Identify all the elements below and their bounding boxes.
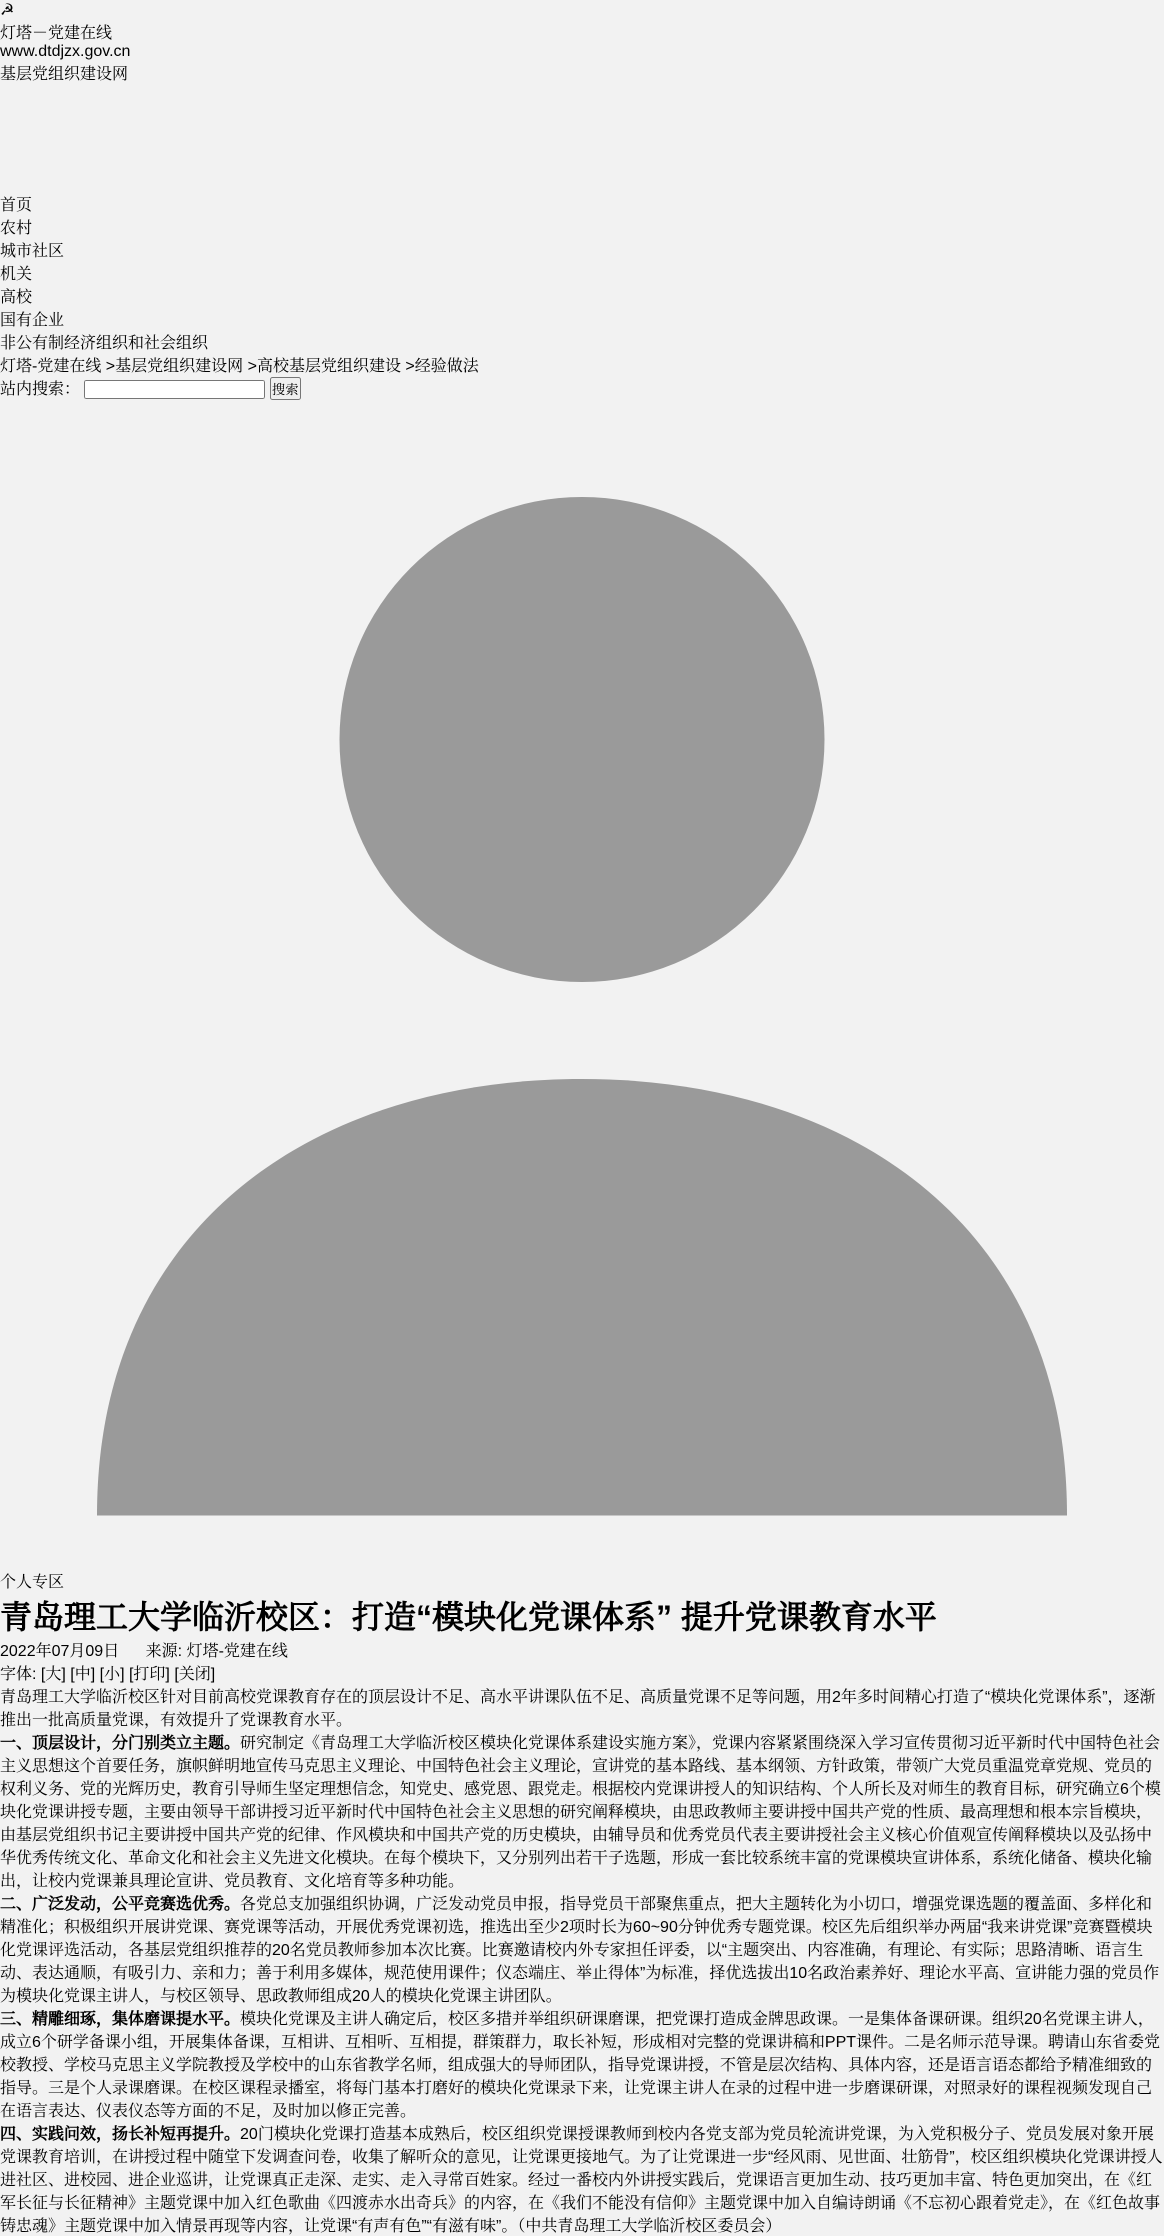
search-label: 站内搜索：	[0, 381, 80, 398]
print-button[interactable]: [打印]	[129, 1666, 170, 1683]
nav-item-urban-community[interactable]: 城市社区	[0, 238, 1164, 261]
personal-zone-link[interactable]: 个人专区	[0, 1574, 64, 1591]
paragraph-lead: 二、广泛发动，公平竞赛选优秀。	[0, 1896, 240, 1913]
search-input[interactable]	[84, 380, 265, 399]
source-label: 来源:	[146, 1643, 182, 1660]
site-name-dash: －	[32, 25, 48, 42]
breadcrumb-search-row: 灯塔-党建在线 >基层党组织建设网 >高校基层党组织建设 >经验做法 站内搜索：…	[0, 353, 1164, 1592]
nav-item-rural[interactable]: 农村	[0, 215, 1164, 238]
nav-item-home[interactable]: 首页	[0, 192, 1164, 215]
paragraph-lead: 四、实践问效，扬长补短再提升。	[0, 2126, 240, 2143]
content-wrapper: 灯塔-党建在线 >基层党组织建设网 >高校基层党组织建设 >经验做法 站内搜索：…	[0, 353, 1164, 2236]
paragraph: 四、实践问效，扬长补短再提升。20门模块化党课打造基本成熟后，校区组织党课授课教…	[0, 2121, 1164, 2236]
site-url: www.dtdjzx.gov.cn	[0, 43, 1164, 61]
breadcrumb-separator: >	[248, 358, 257, 375]
site-banner: ☭ 灯塔－党建在线 www.dtdjzx.gov.cn 基层党组织建设网	[0, 0, 1164, 192]
breadcrumb-item-experience[interactable]: 经验做法	[415, 358, 479, 375]
site-logo-title[interactable]: 灯塔－党建在线	[0, 20, 1164, 43]
breadcrumb-item-network[interactable]: 基层党组织建设网	[115, 358, 243, 375]
source-link[interactable]: 灯塔-党建在线	[187, 1643, 288, 1660]
paragraph: 三、精雕细琢，集体磨课提水平。模块化党课及主讲人确定后，校区多措并举组织研课磨课…	[0, 2006, 1164, 2121]
font-medium-button[interactable]: [中]	[70, 1666, 95, 1683]
paragraph: 一、顶层设计，分门别类立主题。研究制定《青岛理工大学临沂校区模块化党课体系建设实…	[0, 1730, 1164, 1891]
nav-item-organs[interactable]: 机关	[0, 261, 1164, 284]
font-small-button[interactable]: [小]	[100, 1666, 125, 1683]
site-search: 站内搜索： 搜索 个人专区	[0, 376, 1164, 1592]
font-size-label: 字体:	[0, 1666, 36, 1683]
site-subtitle: 党建在线	[48, 25, 112, 42]
paragraph-text: 青岛理工大学临沂校区针对目前高校党课教育存在的顶层设计不足、高水平讲课队伍不足、…	[0, 1689, 1156, 1729]
breadcrumb-item-university-party[interactable]: 高校基层党组织建设	[257, 358, 401, 375]
user-icon	[0, 400, 1164, 1564]
paragraph-lead: 三、精雕细琢，集体磨课提水平。	[0, 2011, 240, 2028]
main-nav: 首页 农村 城市社区 机关 高校 国有企业 非公有制经济组织和社会组织	[0, 192, 1164, 353]
article-date: 2022年07月09日	[0, 1643, 119, 1660]
content-box: 灯塔-党建在线 >基层党组织建设网 >高校基层党组织建设 >经验做法 站内搜索：…	[0, 353, 1164, 2236]
page: ☭ 灯塔－党建在线 www.dtdjzx.gov.cn 基层党组织建设网 首页 …	[0, 0, 1164, 2236]
nav-item-universities[interactable]: 高校	[0, 284, 1164, 307]
nav-item-state-owned-enterprises[interactable]: 国有企业	[0, 307, 1164, 330]
article-tools: 字体: [大] [中] [小] [打印] [关闭]	[0, 1661, 1164, 1684]
article-title: 青岛理工大学临沂校区：打造“模块化党课体系” 提升党课教育水平	[0, 1592, 1164, 1638]
breadcrumb-separator: >	[405, 358, 414, 375]
search-button[interactable]: 搜索	[270, 377, 301, 400]
article-body: 青岛理工大学临沂校区针对目前高校党课教育存在的顶层设计不足、高水平讲课队伍不足、…	[0, 1684, 1164, 2236]
paragraph-lead: 一、顶层设计，分门别类立主题。	[0, 1735, 240, 1752]
paragraph: 青岛理工大学临沂校区针对目前高校党课教育存在的顶层设计不足、高水平讲课队伍不足、…	[0, 1684, 1164, 1730]
hammer-sickle-icon: ☭	[0, 0, 1164, 20]
breadcrumb-item-site[interactable]: 灯塔-党建在线	[0, 358, 101, 375]
banner-right-title: 基层党组织建设网	[0, 61, 1164, 84]
font-large-button[interactable]: [大]	[41, 1666, 66, 1683]
close-button[interactable]: [关闭]	[174, 1666, 215, 1683]
nav-item-non-public-organizations[interactable]: 非公有制经济组织和社会组织	[0, 330, 1164, 353]
article-meta-row: 2022年07月09日 来源: 灯塔-党建在线 字体: [大] [中] [小] …	[0, 1638, 1164, 1684]
breadcrumb: 灯塔-党建在线 >基层党组织建设网 >高校基层党组织建设 >经验做法	[0, 353, 1164, 376]
article-meta-left: 2022年07月09日 来源: 灯塔-党建在线	[0, 1638, 1164, 1661]
paragraph: 二、广泛发动，公平竞赛选优秀。各党总支加强组织协调，广泛发动党员申报，指导党员干…	[0, 1891, 1164, 2006]
paragraph-text: 研究制定《青岛理工大学临沂校区模块化党课体系建设实施方案》，党课内容紧紧围绕深入…	[0, 1735, 1161, 1890]
site-name: 灯塔	[0, 25, 32, 42]
breadcrumb-separator: >	[106, 358, 115, 375]
